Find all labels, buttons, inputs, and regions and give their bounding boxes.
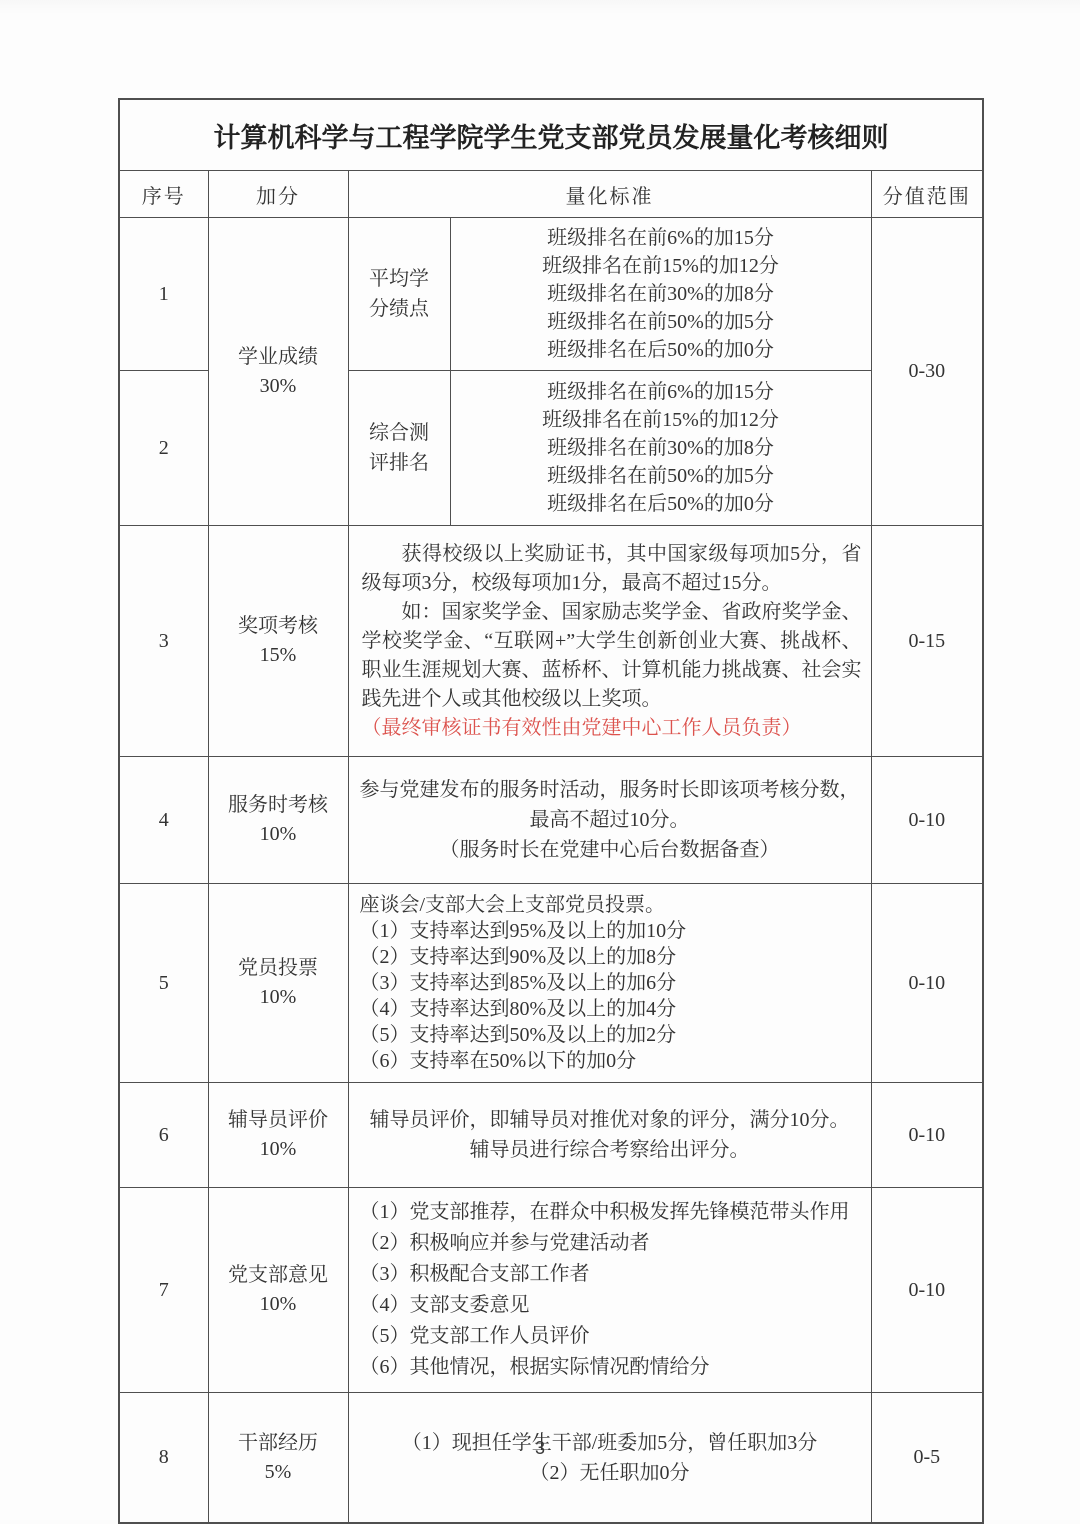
col-header-standard: 量化标准 <box>348 171 871 218</box>
range-member-vote: 0-10 <box>871 884 983 1083</box>
criteria-branch-opinion: （1）党支部推荐，在群众中积极发挥先锋模范带头作用（2）积极响应并参与党建活动者… <box>348 1188 871 1393</box>
row-2-number: 2 <box>119 371 208 526</box>
category-awards: 奖项考核15% <box>208 526 348 757</box>
category-member-vote: 党员投票10% <box>208 884 348 1083</box>
criteria-member-vote: 座谈会/支部大会上支部党员投票。（1）支持率达到95%及以上的加10分（2）支持… <box>348 884 871 1083</box>
page-title: 计算机科学与工程学院学生党支部党员发展量化考核细则 <box>119 99 983 171</box>
criteria-counselor-evaluation: 辅导员评价，即辅导员对推优对象的评分，满分10分。辅导员进行综合考察给出评分。 <box>348 1083 871 1188</box>
range-branch-opinion: 0-10 <box>871 1188 983 1393</box>
document-page: 计算机科学与工程学院学生党支部党员发展量化考核细则 序号 加分 量化标准 分值范… <box>0 0 1080 1520</box>
subitem-comprehensive-ranking: 综合测评排名 <box>348 371 450 526</box>
range-counselor-evaluation: 0-10 <box>871 1083 983 1188</box>
table-row-7: 7 党支部意见10% （1）党支部推荐，在群众中积极发挥先锋模范带头作用（2）积… <box>119 1188 983 1393</box>
table-row-3: 3 奖项考核15% 获得校级以上奖励证书，其中国家级每项加5分，省级每项3分，校… <box>119 526 983 757</box>
criteria-awards: 获得校级以上奖励证书，其中国家级每项加5分，省级每项3分，校级每项加1分，最高不… <box>348 526 871 757</box>
category-academic-score: 学业成绩30% <box>208 218 348 526</box>
criteria-comprehensive-ranking: 班级排名在前6%的加15分班级排名在前15%的加12分班级排名在前30%的加8分… <box>450 371 871 526</box>
row-1-number: 1 <box>119 218 208 371</box>
category-counselor-evaluation: 辅导员评价10% <box>208 1083 348 1188</box>
table-row-1: 1 学业成绩30% 平均学分绩点 班级排名在前6%的加15分班级排名在前15%的… <box>119 218 983 371</box>
row-4-number: 4 <box>119 757 208 884</box>
criteria-gpa: 班级排名在前6%的加15分班级排名在前15%的加12分班级排名在前30%的加8分… <box>450 218 871 371</box>
row-6-number: 6 <box>119 1083 208 1188</box>
range-service-hours: 0-10 <box>871 757 983 884</box>
table-row-4: 4 服务时考核10% 参与党建发布的服务时活动，服务时长即该项考核分数，最高不超… <box>119 757 983 884</box>
row-7-number: 7 <box>119 1188 208 1393</box>
range-academic: 0-30 <box>871 218 983 526</box>
col-header-no: 序号 <box>119 171 208 218</box>
criteria-service-hours: 参与党建发布的服务时活动，服务时长即该项考核分数，最高不超过10分。（服务时长在… <box>348 757 871 884</box>
col-header-bonus: 加分 <box>208 171 348 218</box>
table-row-5: 5 党员投票10% 座谈会/支部大会上支部党员投票。（1）支持率达到95%及以上… <box>119 884 983 1083</box>
table-row-6: 6 辅导员评价10% 辅导员评价，即辅导员对推优对象的评分，满分10分。辅导员进… <box>119 1083 983 1188</box>
table-title-row: 计算机科学与工程学院学生党支部党员发展量化考核细则 <box>119 99 983 171</box>
col-header-range: 分值范围 <box>871 171 983 218</box>
row-3-number: 3 <box>119 526 208 757</box>
table-header-row: 序号 加分 量化标准 分值范围 <box>119 171 983 218</box>
range-awards: 0-15 <box>871 526 983 757</box>
assessment-rules-table: 计算机科学与工程学院学生党支部党员发展量化考核细则 序号 加分 量化标准 分值范… <box>118 98 984 1524</box>
category-branch-opinion: 党支部意见10% <box>208 1188 348 1393</box>
subitem-gpa: 平均学分绩点 <box>348 218 450 371</box>
row-5-number: 5 <box>119 884 208 1083</box>
page-number: 3 <box>0 1438 1080 1459</box>
category-service-hours: 服务时考核10% <box>208 757 348 884</box>
